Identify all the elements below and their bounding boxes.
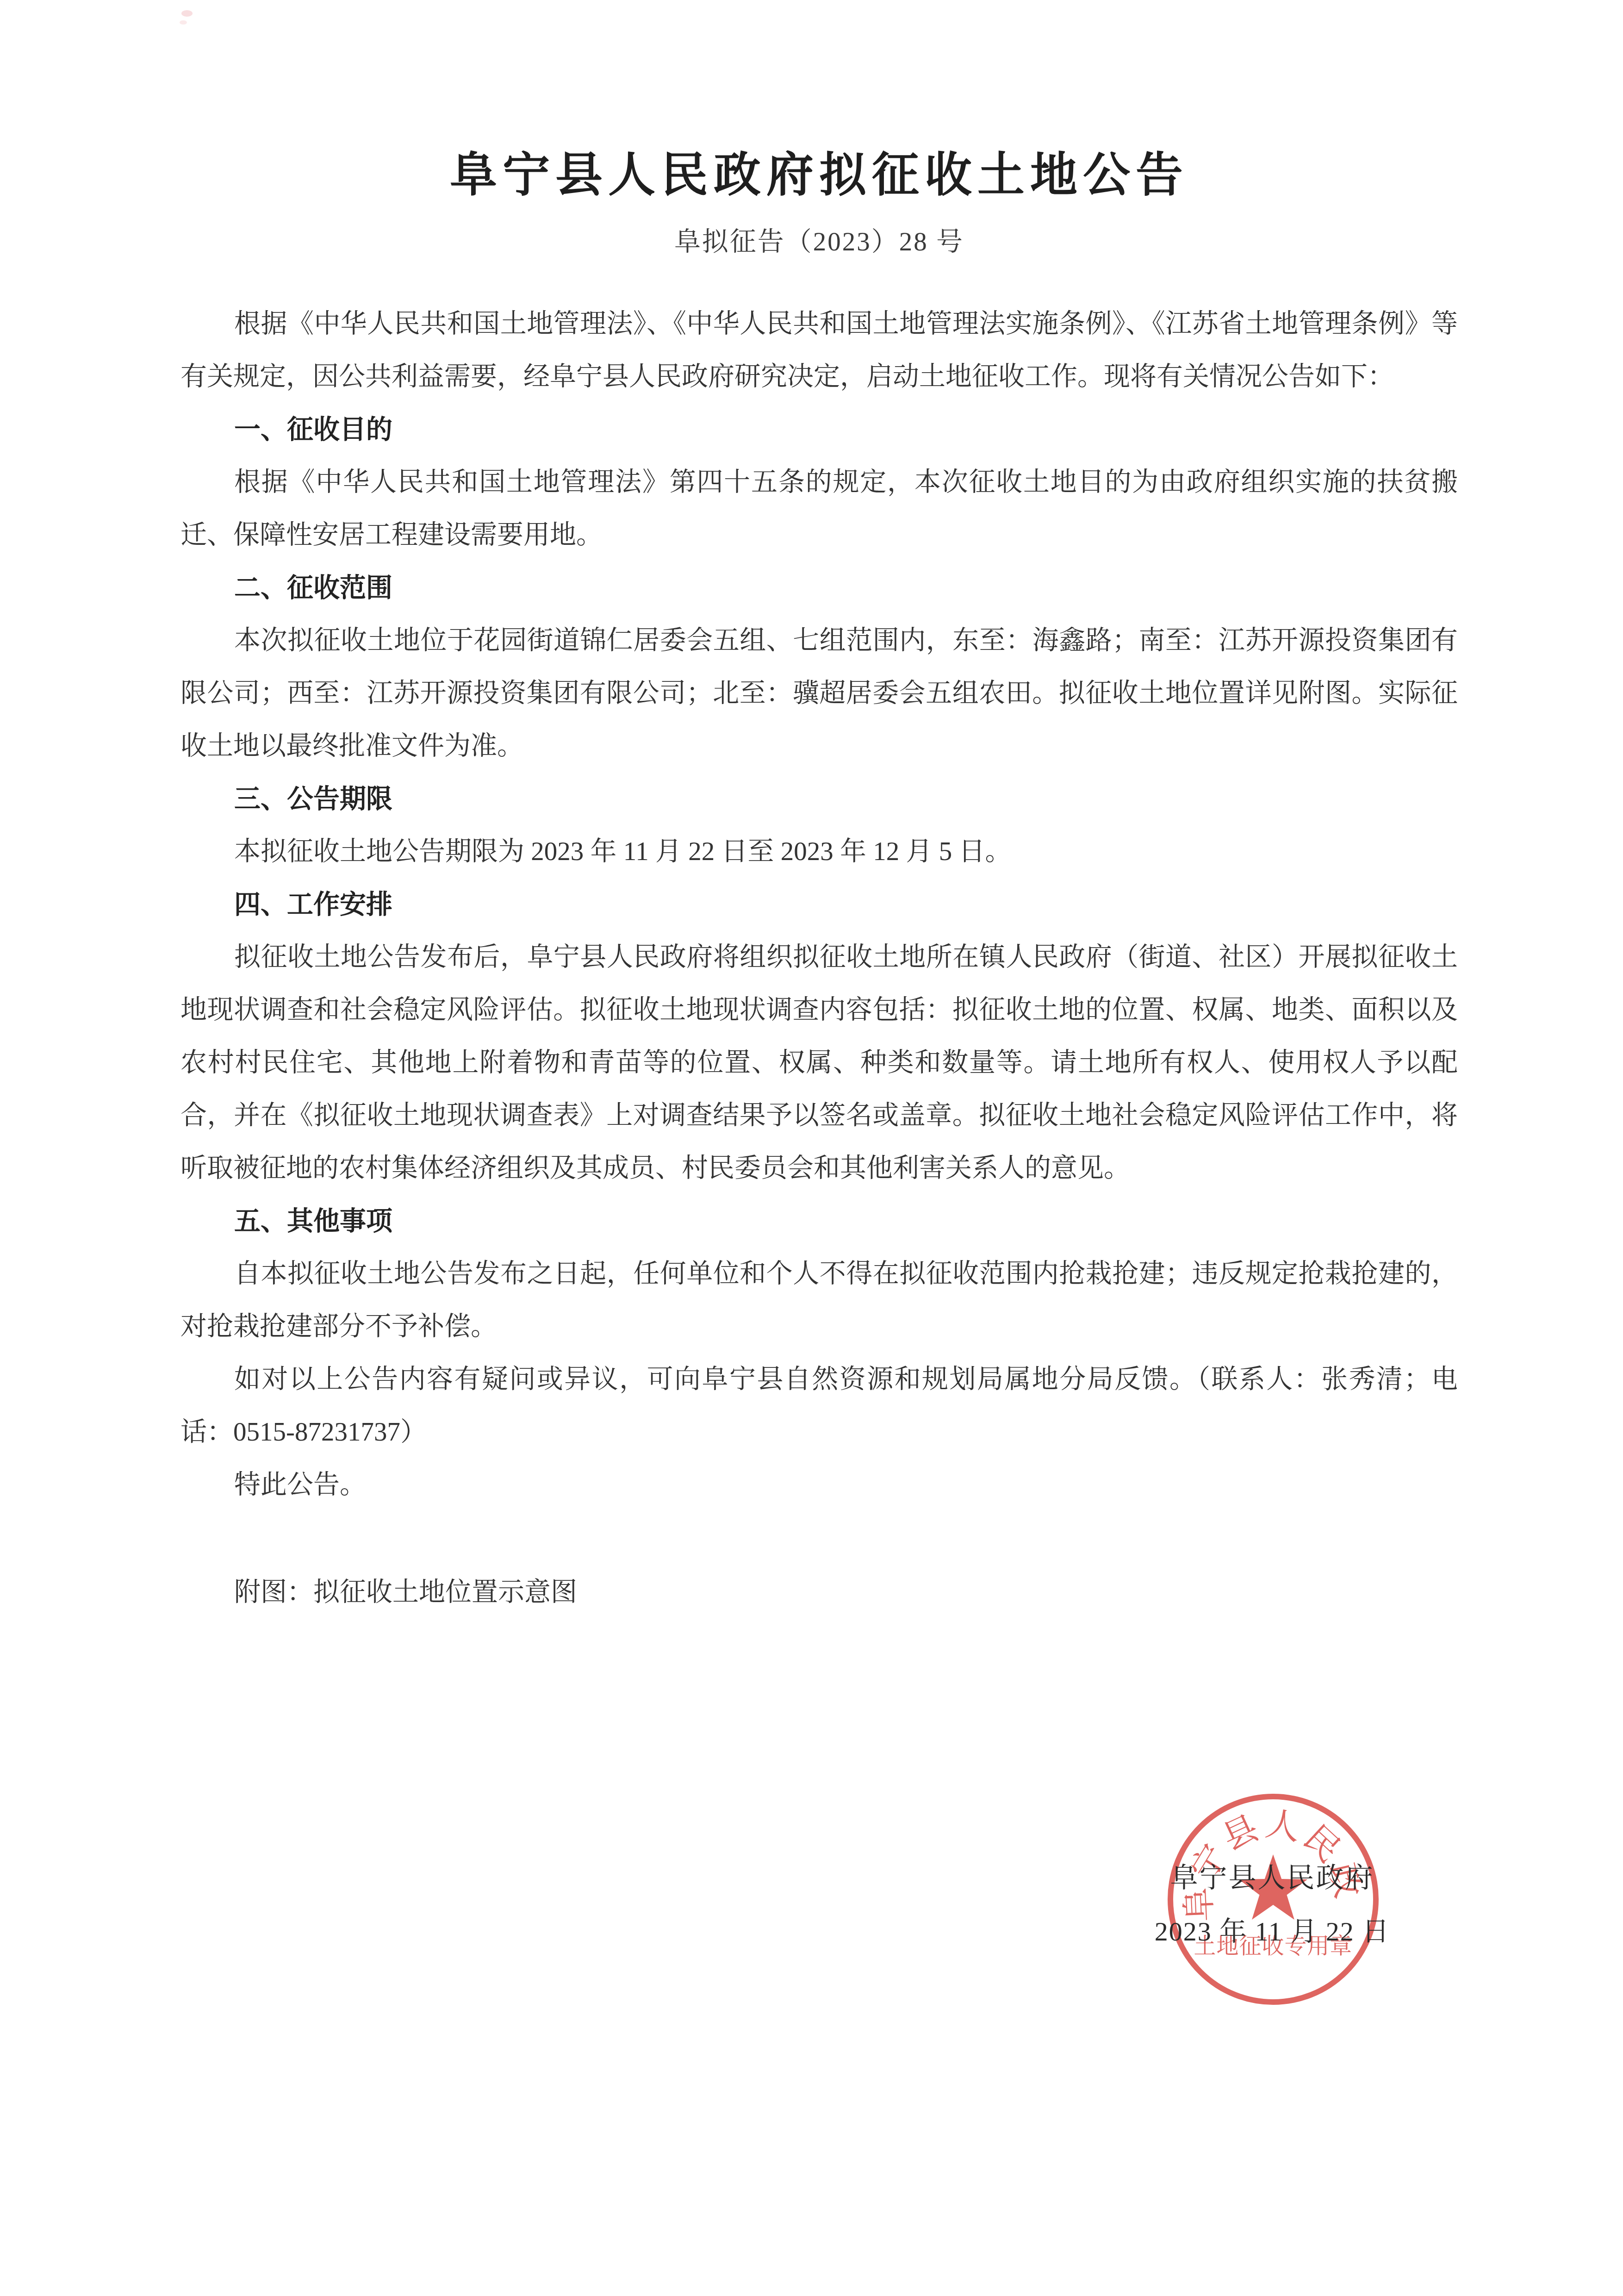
- section-heading-work-plan: 四、工作安排: [180, 878, 1458, 931]
- paragraph: 拟征收土地公告发布后，阜宁县人民政府将组织拟征收土地所在镇人民政府（街道、社区）…: [180, 931, 1458, 1195]
- paragraph: 根据《中华人民共和国土地管理法》第四十五条的规定，本次征收土地目的为由政府组织实…: [180, 456, 1458, 562]
- signature-name: 阜宁县人民政府: [1124, 1862, 1420, 1894]
- document-page: 阜宁县人民政府拟征收土地公告 阜拟征告（2023）28 号 根据《中华人民共和国…: [0, 0, 1623, 2296]
- page-title: 阜宁县人民政府拟征收土地公告: [180, 146, 1458, 206]
- section-heading-period: 三、公告期限: [180, 773, 1458, 825]
- paragraph: 自本拟征收土地公告发布之日起，任何单位和个人不得在拟征收范围内抢栽抢建；违反规定…: [180, 1248, 1458, 1353]
- document-number: 阜拟征告（2023）28 号: [180, 228, 1458, 256]
- paragraph: 特此公告。: [180, 1459, 1458, 1511]
- ink-smudge: [181, 10, 193, 17]
- paragraph: 如对以上公告内容有疑问或异议，可向阜宁县自然资源和规划局属地分局反馈。（联系人：…: [180, 1353, 1458, 1459]
- paragraph: 本次拟征收土地位于花园街道锦仁居委会五组、七组范围内，东至：海鑫路；南至：江苏开…: [180, 614, 1458, 773]
- section-heading-scope: 二、征收范围: [180, 562, 1458, 614]
- attachment-note: 附图：拟征收土地位置示意图: [180, 1566, 1458, 1619]
- signature-block: 阜宁县人民政府 2023 年 11 月 22 日: [1124, 1862, 1420, 1948]
- ink-smudge: [180, 20, 187, 25]
- document-body: 根据《中华人民共和国土地管理法》、《中华人民共和国土地管理法实施条例》、《江苏省…: [180, 298, 1458, 1619]
- paragraph: 本拟征收土地公告期限为 2023 年 11 月 22 日至 2023 年 12 …: [180, 825, 1458, 878]
- section-heading-purpose: 一、征收目的: [180, 403, 1458, 456]
- section-heading-other-matters: 五、其他事项: [180, 1195, 1458, 1248]
- intro-paragraph: 根据《中华人民共和国土地管理法》、《中华人民共和国土地管理法实施条例》、《江苏省…: [180, 298, 1458, 403]
- signature-date: 2023 年 11 月 22 日: [1124, 1915, 1420, 1948]
- document-content: 阜宁县人民政府拟征收土地公告 阜拟征告（2023）28 号 根据《中华人民共和国…: [180, 146, 1458, 1619]
